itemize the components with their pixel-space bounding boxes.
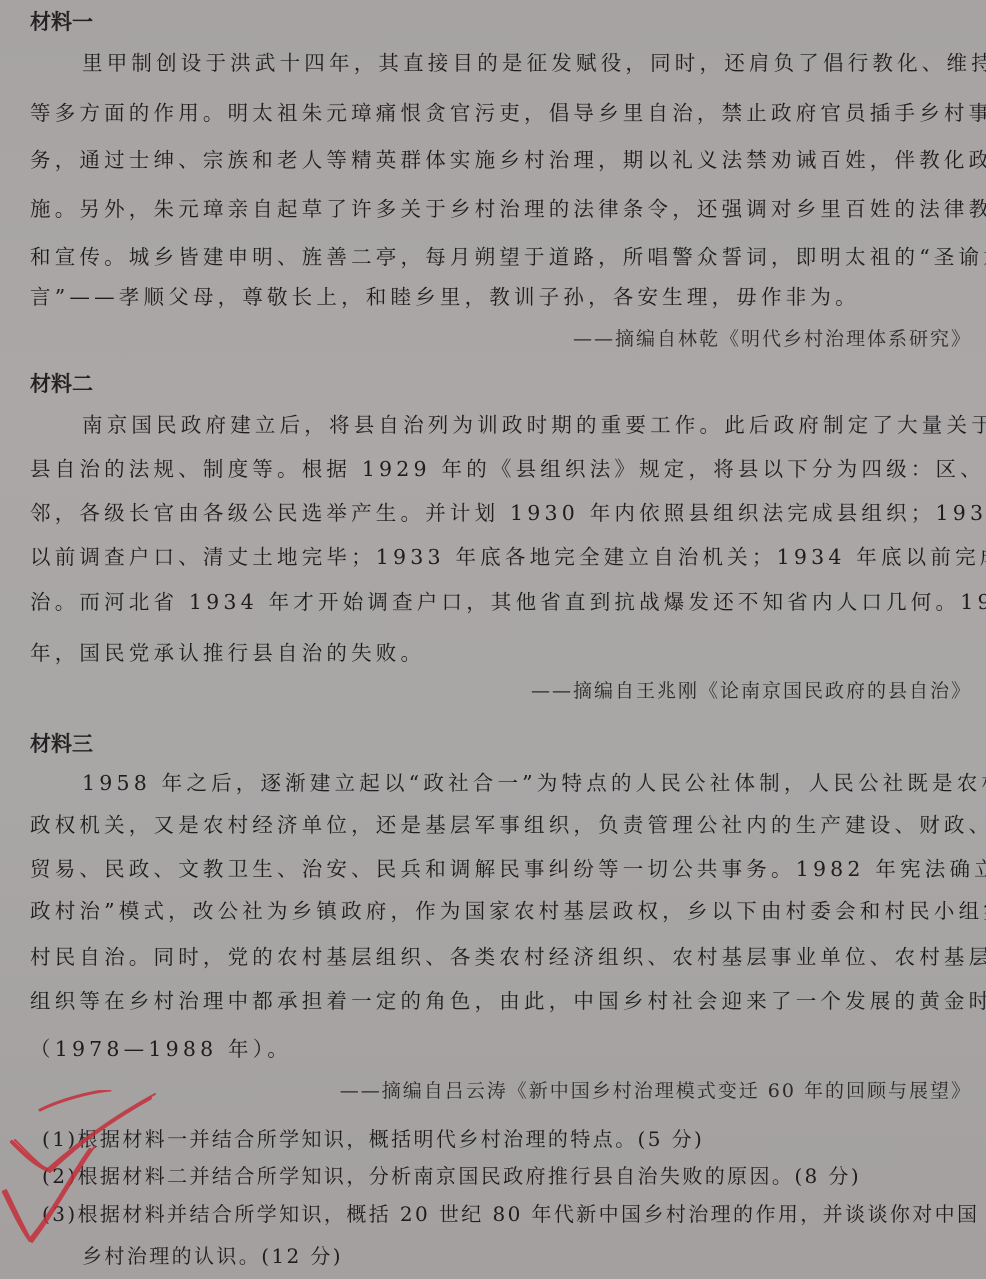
material-1-line: 等多方面的作用。明太祖朱元璋痛恨贪官污吏，倡导乡里自治，禁止政府官员插手乡村事 <box>30 96 986 126</box>
material-2-line: 南京国民政府建立后，将县自治列为训政时期的重要工作。此后政府制定了大量关于 <box>82 408 986 438</box>
material-3-line: 政权机关，又是农村经济单位，还是基层军事组织，负责管理公社内的生产建设、财政、粮… <box>30 808 986 838</box>
material-3-line: 组织等在乡村治理中都承担着一定的角色，由此，中国乡村社会迎来了一个发展的黄金时期 <box>30 984 986 1014</box>
material-3-line: 1958 年之后，逐渐建立起以“政社合一”为特点的人民公社体制，人民公社既是农村… <box>82 766 986 796</box>
material-2-line: 邻，各级长官由各级公民选举产生。并计划 1930 年内依照县组织法完成县组织；1… <box>30 496 986 526</box>
material-1-heading: 材料一 <box>30 6 93 36</box>
question-2: (2)根据材料二并结合所学知识，分析南京国民政府推行县自治失败的原因。(8 分) <box>42 1160 861 1189</box>
material-3-line: （1978—1988 年）。 <box>30 1032 292 1062</box>
material-1-line: 施。另外，朱元璋亲自起草了许多关于乡村治理的法律条令，还强调对乡里百姓的法律教育 <box>30 192 986 222</box>
material-2-line: 以前调查户口、清丈土地完毕；1933 年底各地完全建立自治机关；1934 年底以… <box>30 540 986 570</box>
material-1-line: 务，通过士绅、宗族和老人等精英群体实施乡村治理，期以礼义法禁劝诫百姓，伴教化政法… <box>30 143 986 173</box>
question-3-continued: 乡村治理的认识。(12 分) <box>82 1240 343 1269</box>
material-3-source: ——摘编自吕云涛《新中国乡村治理模式变迁 60 年的回顾与展望》 <box>340 1076 972 1103</box>
question-3: (3)根据材料并结合所学知识，概括 20 世纪 80 年代新中国乡村治理的作用，… <box>42 1198 979 1227</box>
material-2-line: 年，国民党承认推行县自治的失败。 <box>30 636 425 666</box>
material-2-line: 治。而河北省 1934 年才开始调查户口，其他省直到抗战爆发还不知省内人口几何。… <box>30 585 986 615</box>
material-1-source: ——摘编自林乾《明代乡村治理体系研究》 <box>573 324 972 351</box>
material-2-source: ——摘编自王兆刚《论南京国民政府的县自治》 <box>531 676 972 703</box>
material-2-line: 县自治的法规、制度等。根据 1929 年的《县组织法》规定，将县以下分为四级：区… <box>30 452 986 482</box>
exam-page: 材料一 里甲制创设于洪武十四年，其直接目的是征发赋役，同时，还肩负了倡行教化、维… <box>0 0 986 1279</box>
material-3-heading: 材料三 <box>30 728 93 758</box>
material-3-line: 政村治”模式，改公社为乡镇政府，作为国家农村基层政权，乡以下由村委会和村民小组实… <box>30 894 986 924</box>
question-1: (1)根据材料一并结合所学知识，概括明代乡村治理的特点。(5 分) <box>42 1123 704 1152</box>
material-1-line: 和宣传。城乡皆建申明、旌善二亭，每月朔望于道路，所唱警众誓词，即明太祖的“圣谕六 <box>30 240 986 270</box>
material-3-line: 村民自治。同时，党的农村基层组织、各类农村经济组织、农村基层事业单位、农村基层社… <box>30 940 986 970</box>
material-3-line: 贸易、民政、文教卫生、治安、民兵和调解民事纠纷等一切公共事务。1982 年宪法确… <box>30 852 986 882</box>
material-2-heading: 材料二 <box>30 368 93 398</box>
material-1-line: 里甲制创设于洪武十四年，其直接目的是征发赋役，同时，还肩负了倡行教化、维持治安 <box>82 46 986 76</box>
material-1-line: 言”——孝顺父母，尊敬长上，和睦乡里，教训子孙，各安生理，毋作非为。 <box>30 280 860 310</box>
